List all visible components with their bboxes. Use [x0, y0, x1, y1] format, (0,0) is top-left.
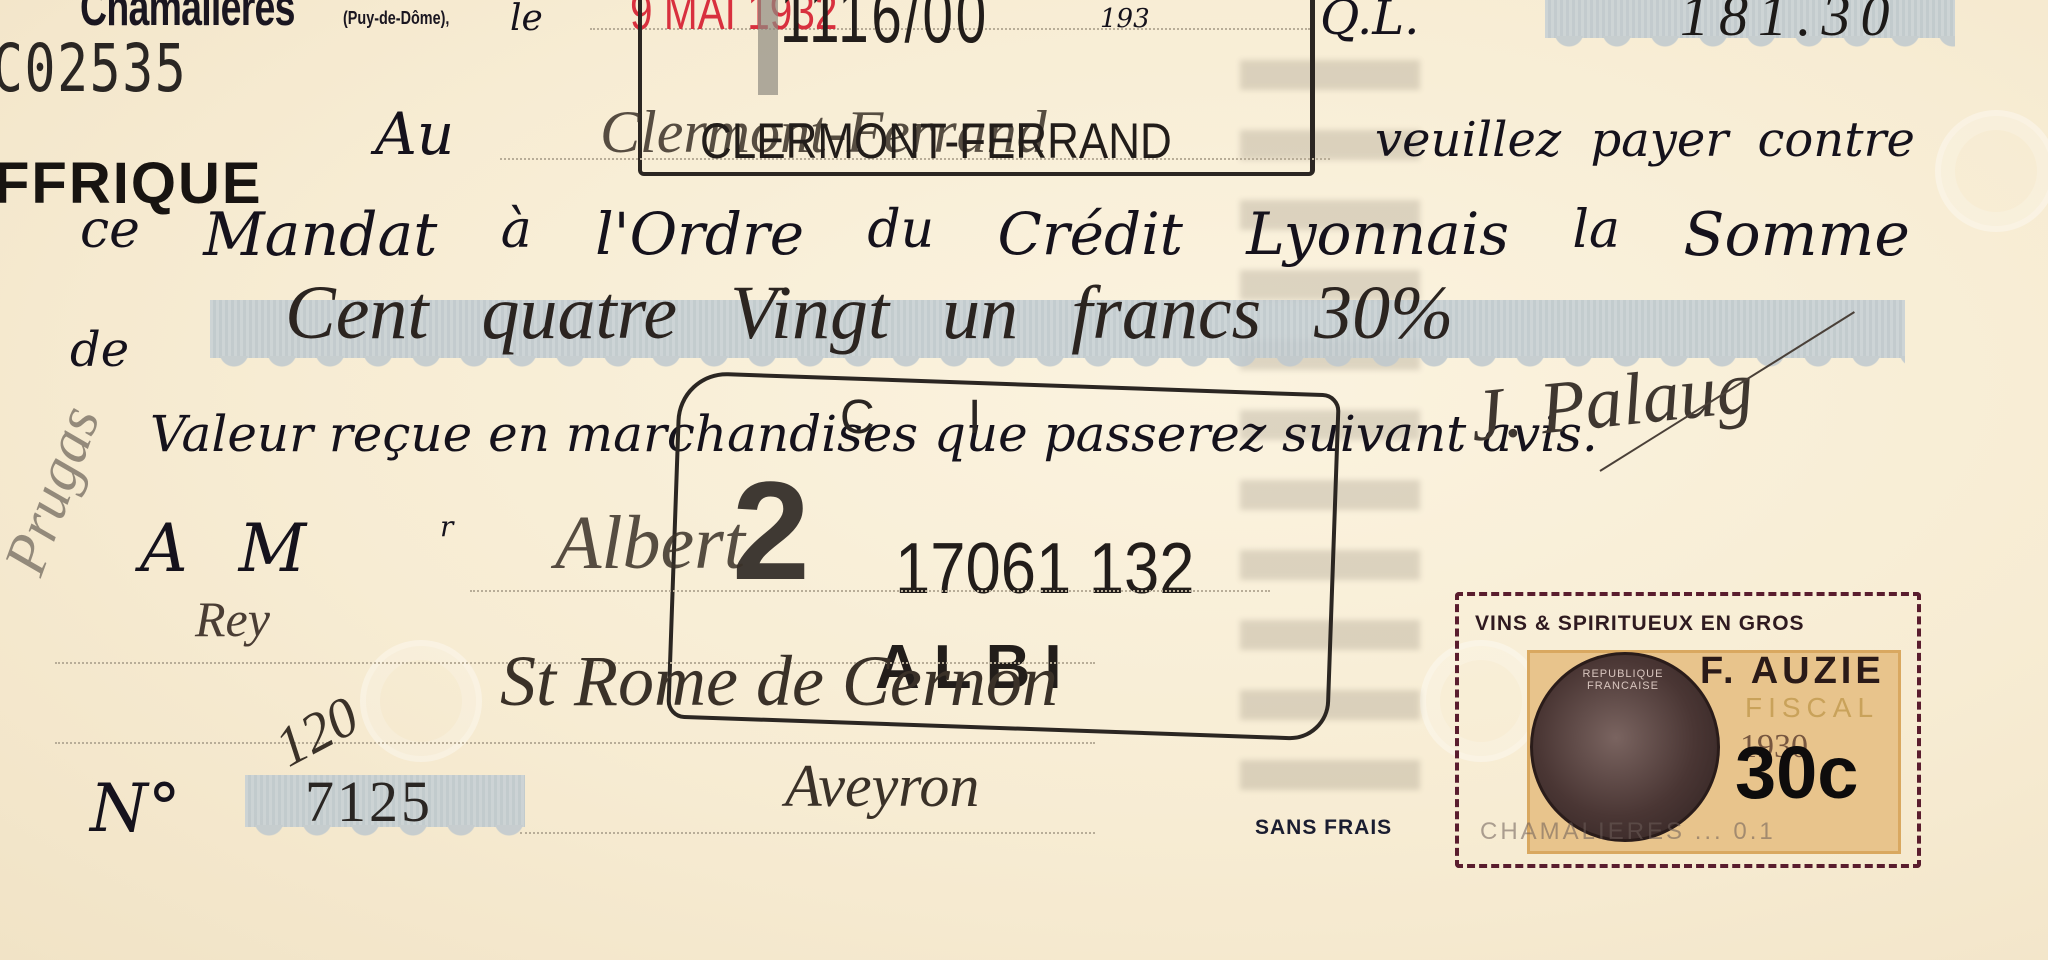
- word-ordre: l'Ordre: [595, 200, 804, 270]
- handwritten-town: Rey: [195, 590, 270, 648]
- address-line-2: [55, 742, 1095, 744]
- line3-prefix: de: [70, 322, 129, 378]
- currency-mark: Q.L.: [1320, 0, 1419, 46]
- albi-top-mark: C I: [840, 390, 1021, 445]
- line2-text: ce Mandat à l'Ordre du Crédit Lyonnais l…: [80, 200, 1910, 270]
- line1-suffix: veuillez payer contre: [1375, 112, 1915, 168]
- fiscal-label: FISCAL: [1745, 692, 1879, 724]
- clermont-stamp-text: CLERMONT-FERRAND: [700, 112, 1172, 170]
- footer-number: 7125: [305, 768, 433, 835]
- word-a: à: [501, 200, 532, 270]
- sans-frais-label: SANS FRAIS: [1255, 816, 1392, 840]
- number-label: N°: [90, 770, 181, 847]
- fiscal-overprint-bottom: CHAMALIERES ... 0.1: [1480, 818, 1776, 846]
- watermark-swirl: [1935, 110, 2048, 232]
- word-ce: ce: [80, 200, 140, 270]
- fiscal-value: 30c: [1735, 730, 1858, 815]
- clermont-stamp-bar: [758, 0, 778, 95]
- handwritten-number: 120: [265, 684, 369, 780]
- address-department: Aveyron: [785, 752, 979, 821]
- addressee-line: [470, 590, 1270, 592]
- fiscal-medallion-text: REPUBLIQUE FRANCAISE: [1548, 668, 1698, 692]
- line1-prefix: Au: [375, 100, 454, 168]
- addressee-prefix: A M: [140, 510, 306, 587]
- albi-number: 17061 132: [895, 528, 1195, 610]
- serial-number: C02535: [0, 30, 187, 107]
- word-lyonnais: Lyonnais: [1246, 200, 1509, 270]
- word-mandat: Mandat: [203, 200, 437, 270]
- footer-line: [520, 832, 1095, 834]
- handwritten-name: Albert: [555, 500, 745, 587]
- header-le: le: [510, 0, 543, 39]
- word-somme: Somme: [1683, 200, 1910, 270]
- word-du: du: [867, 200, 934, 270]
- addressee-superscript: r: [440, 510, 453, 543]
- fiscal-overprint-top: VINS & SPIRITUEUX EN GROS: [1475, 612, 1805, 636]
- margin-signature: Prugas: [0, 397, 114, 584]
- amount-value: 181.30: [1680, 0, 1900, 49]
- word-la: la: [1572, 200, 1620, 270]
- header-region: (Puy-de-Dôme),: [343, 8, 449, 29]
- fiscal-overprint-name: F. AUZIE: [1700, 650, 1885, 693]
- handwritten-amount: Cent quatre Vingt un francs 30%: [285, 270, 1453, 357]
- word-credit: Crédit: [998, 200, 1183, 270]
- address-street: St Rome de Cernon: [500, 640, 1058, 723]
